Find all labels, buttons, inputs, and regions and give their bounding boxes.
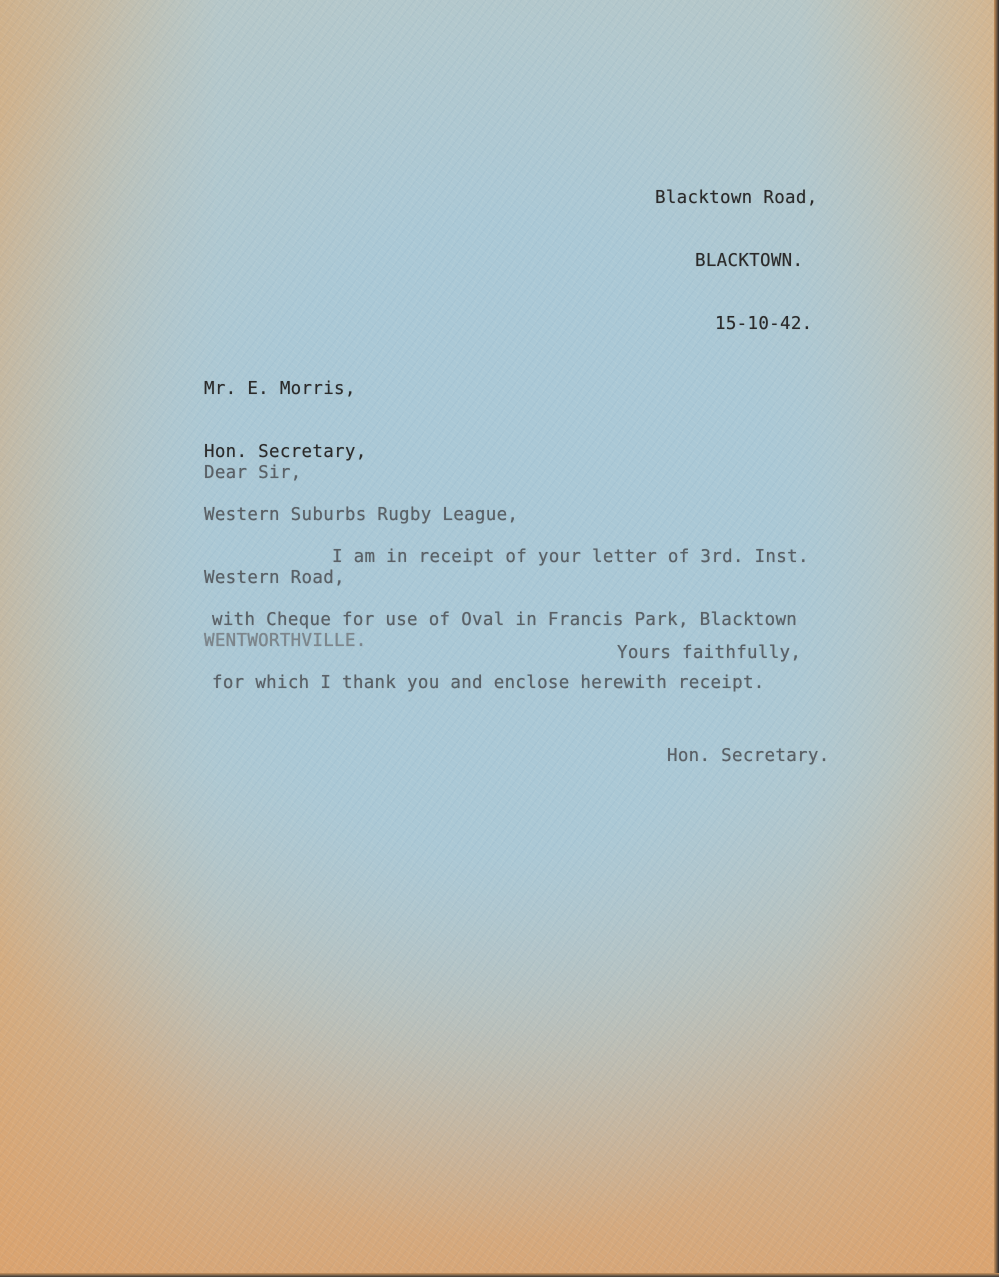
body-line-1: I am in receipt of your letter of 3rd. I… — [212, 547, 809, 568]
sender-street: Blacktown Road, — [655, 188, 818, 209]
recipient-name: Mr. E. Morris, — [204, 379, 518, 400]
closing: Yours faithfully, — [617, 643, 801, 664]
sender-address: Blacktown Road, BLACKTOWN. 15-10-42. — [655, 146, 818, 377]
salutation: Dear Sir, — [204, 463, 302, 484]
letter-body: I am in receipt of your letter of 3rd. I… — [212, 505, 809, 736]
recipient-title: Hon. Secretary, — [204, 442, 518, 463]
letter-date: 15-10-42. — [655, 314, 818, 335]
signoff: Hon. Secretary. — [667, 746, 830, 767]
letter-page: Blacktown Road, BLACKTOWN. 15-10-42. Mr.… — [0, 0, 999, 1277]
scan-edge-bottom — [0, 1273, 999, 1277]
body-line-3: for which I thank you and enclose herewi… — [212, 673, 809, 694]
body-line-2: with Cheque for use of Oval in Francis P… — [212, 610, 809, 631]
scan-edge-right — [994, 0, 999, 1277]
sender-town: BLACKTOWN. — [655, 251, 818, 272]
